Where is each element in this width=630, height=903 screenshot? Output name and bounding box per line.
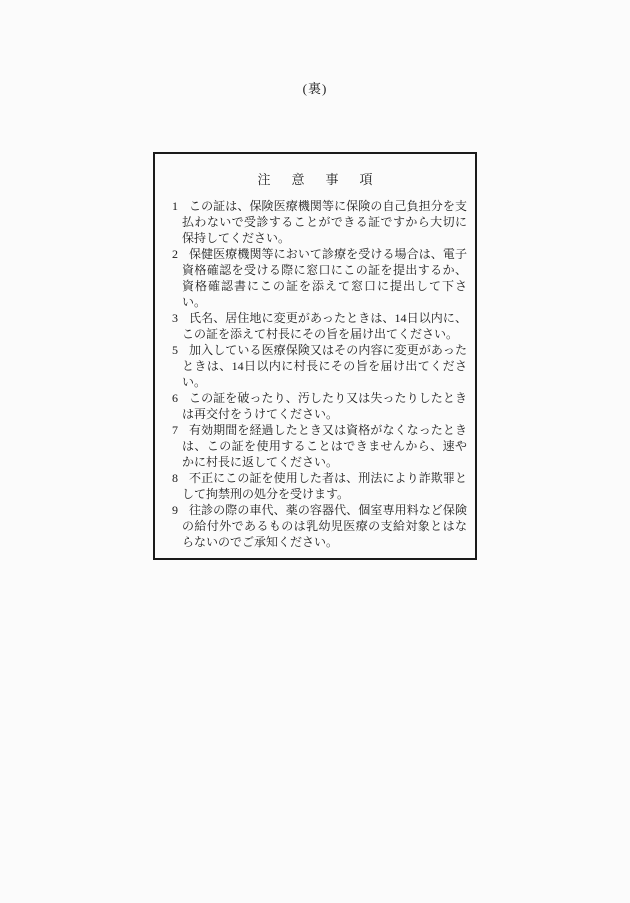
notice-item: 3氏名、居住地に変更があったときは、14日以内に、この証を添えて村長にその旨を届…	[155, 310, 467, 342]
item-number: 3	[172, 310, 178, 326]
item-text: 不正にこの証を使用した者は、刑法により詐欺罪として拘禁刑の処分を受けます。	[182, 471, 467, 501]
notice-item: 7有効期間を経過したとき又は資格がなくなったときは、この証を使用することはできま…	[155, 422, 467, 470]
notice-item: 9往診の際の車代、薬の容器代、個室専用料など保険の給付外であるものは乳幼児医療の…	[155, 502, 467, 550]
item-number: 8	[172, 470, 178, 486]
item-number: 6	[172, 390, 178, 406]
item-number: 5	[172, 342, 178, 358]
item-number: 2	[172, 246, 178, 262]
item-text: この証は、保険医療機関等に保険の自己負担分を支払わないで受診することができる証で…	[182, 199, 467, 245]
item-number: 9	[172, 502, 178, 518]
notice-item: 6この証を破ったり、汚したり又は失ったりしたときは再交付をうけてください。	[155, 390, 467, 422]
notice-item: 1この証は、保険医療機関等に保険の自己負担分を支払わないで受診することができる証…	[155, 198, 467, 246]
notice-item: 8不正にこの証を使用した者は、刑法により詐欺罪として拘禁刑の処分を受けます。	[155, 470, 467, 502]
notice-item: 5加入している医療保険又はその内容に変更があったときは、14日以内に村長にその旨…	[155, 342, 467, 390]
item-text: 保健医療機関等において診療を受ける場合は、電子資格確認を受ける際に窓口にこの証を…	[182, 247, 467, 309]
item-text: この証を破ったり、汚したり又は失ったりしたときは再交付をうけてください。	[182, 391, 467, 421]
notice-list: 1この証は、保険医療機関等に保険の自己負担分を支払わないで受診することができる証…	[155, 198, 475, 550]
notice-item: 2保健医療機関等において診療を受ける場合は、電子資格確認を受ける際に窓口にこの証…	[155, 246, 467, 310]
notice-box: 注 意 事 項 1この証は、保険医療機関等に保険の自己負担分を支払わないで受診す…	[153, 152, 477, 560]
item-text: 氏名、居住地に変更があったときは、14日以内に、この証を添えて村長にその旨を届け…	[182, 311, 467, 341]
item-text: 有効期間を経過したとき又は資格がなくなったときは、この証を使用することはできませ…	[182, 423, 467, 469]
item-text: 往診の際の車代、薬の容器代、個室専用料など保険の給付外であるものは乳幼児医療の支…	[182, 503, 467, 549]
item-number: 1	[172, 198, 178, 214]
back-side-label: (裏)	[0, 78, 630, 97]
document-page: { "page": { "side_label": "(裏)" }, "noti…	[0, 0, 630, 903]
item-text: 加入している医療保険又はその内容に変更があったときは、14日以内に村長にその旨を…	[182, 343, 467, 389]
notice-title: 注 意 事 項	[155, 169, 475, 188]
item-number: 7	[172, 422, 178, 438]
